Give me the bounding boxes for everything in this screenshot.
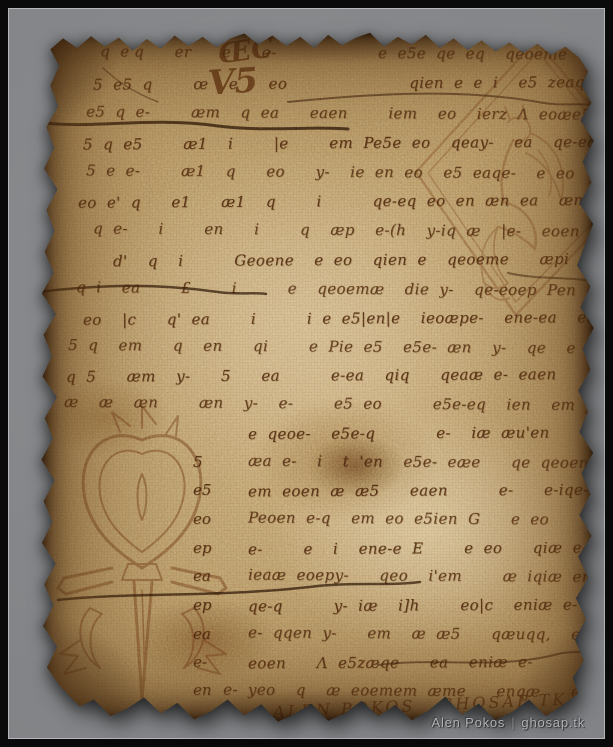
- gray-mat: q e'q er e e- e e5e qe eq qeoeme e e e 5…: [0, 0, 613, 747]
- photo-frame: q e'q er e e- e e5e qe eq qeoeme e e e 5…: [0, 0, 613, 747]
- watermark-separator: |: [511, 715, 515, 730]
- watermark-site: ghosap.tk: [521, 715, 585, 730]
- watermark-author: Alen Pokos: [431, 715, 505, 730]
- watermark: Alen Pokos|ghosap.tk: [431, 715, 585, 730]
- grain-texture: [38, 30, 596, 723]
- parchment: q e'q er e e- e e5e qe eq qeoeme e e e 5…: [38, 30, 596, 723]
- parchment-sheet: q e'q er e e- e e5e qe eq qeoeme e e e 5…: [38, 30, 596, 723]
